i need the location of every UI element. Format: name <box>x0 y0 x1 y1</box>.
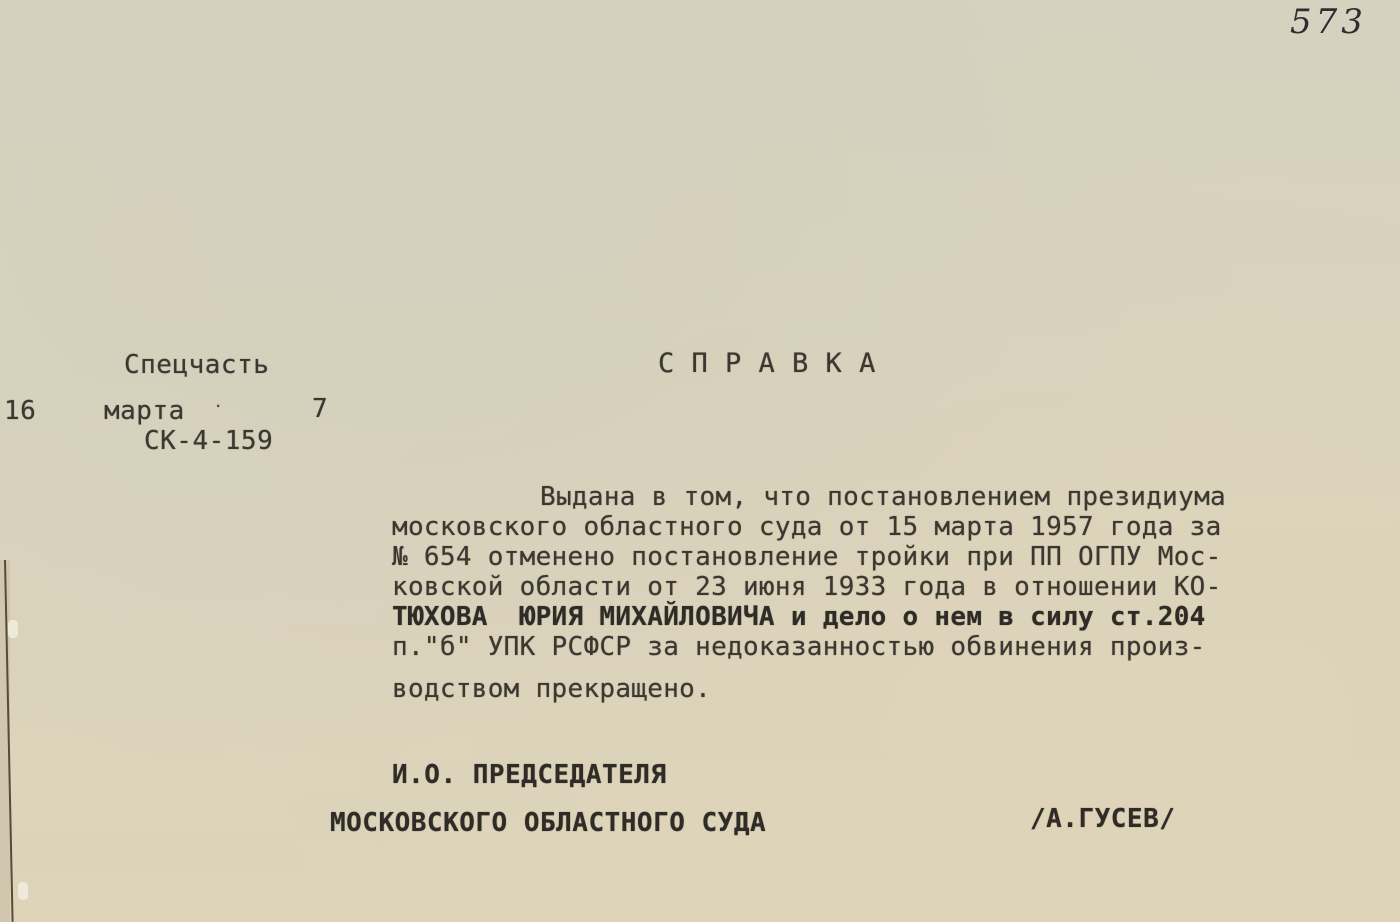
document-page: 573 Спецчасть 16 марта . 7 СК-4-159 С П … <box>0 0 1400 922</box>
date-year-suffix: 7 <box>312 396 328 422</box>
case-number: СК-4-159 <box>144 428 273 454</box>
body-line-4: ковской области от 23 июня 1933 года в о… <box>392 574 1222 600</box>
signatory-name: /А.ГУСЕВ/ <box>1030 806 1175 832</box>
document-title: С П Р А В К А <box>658 350 876 377</box>
punch-hole <box>18 882 28 900</box>
page-number-handwritten: 573 <box>1290 2 1367 42</box>
body-line-7: водством прекращено. <box>392 676 711 702</box>
body-line-1: Выдана в том, что постановлением президи… <box>540 484 1226 510</box>
date-day: 16 <box>4 398 36 424</box>
department-label: Спецчасть <box>124 352 269 378</box>
body-line-2: московского областного суда от 15 марта … <box>392 514 1222 540</box>
date-month: марта <box>104 398 185 424</box>
date-dot: . <box>214 396 223 410</box>
body-line-6: п."б" УПК РСФСР за недоказанностью обвин… <box>392 634 1206 660</box>
signatory-title-line2: МОСКОВСКОГО ОБЛАСТНОГО СУДА <box>330 810 766 836</box>
body-line-3: № 654 отменено постановление тройки при … <box>392 544 1222 570</box>
signatory-title-line1: И.О. ПРЕДСЕДАТЕЛЯ <box>392 762 667 788</box>
punch-hole <box>8 620 18 638</box>
body-line-5: ТЮХОВА ЮРИЯ МИХАЙЛОВИЧА и дело о нем в с… <box>392 604 1206 630</box>
